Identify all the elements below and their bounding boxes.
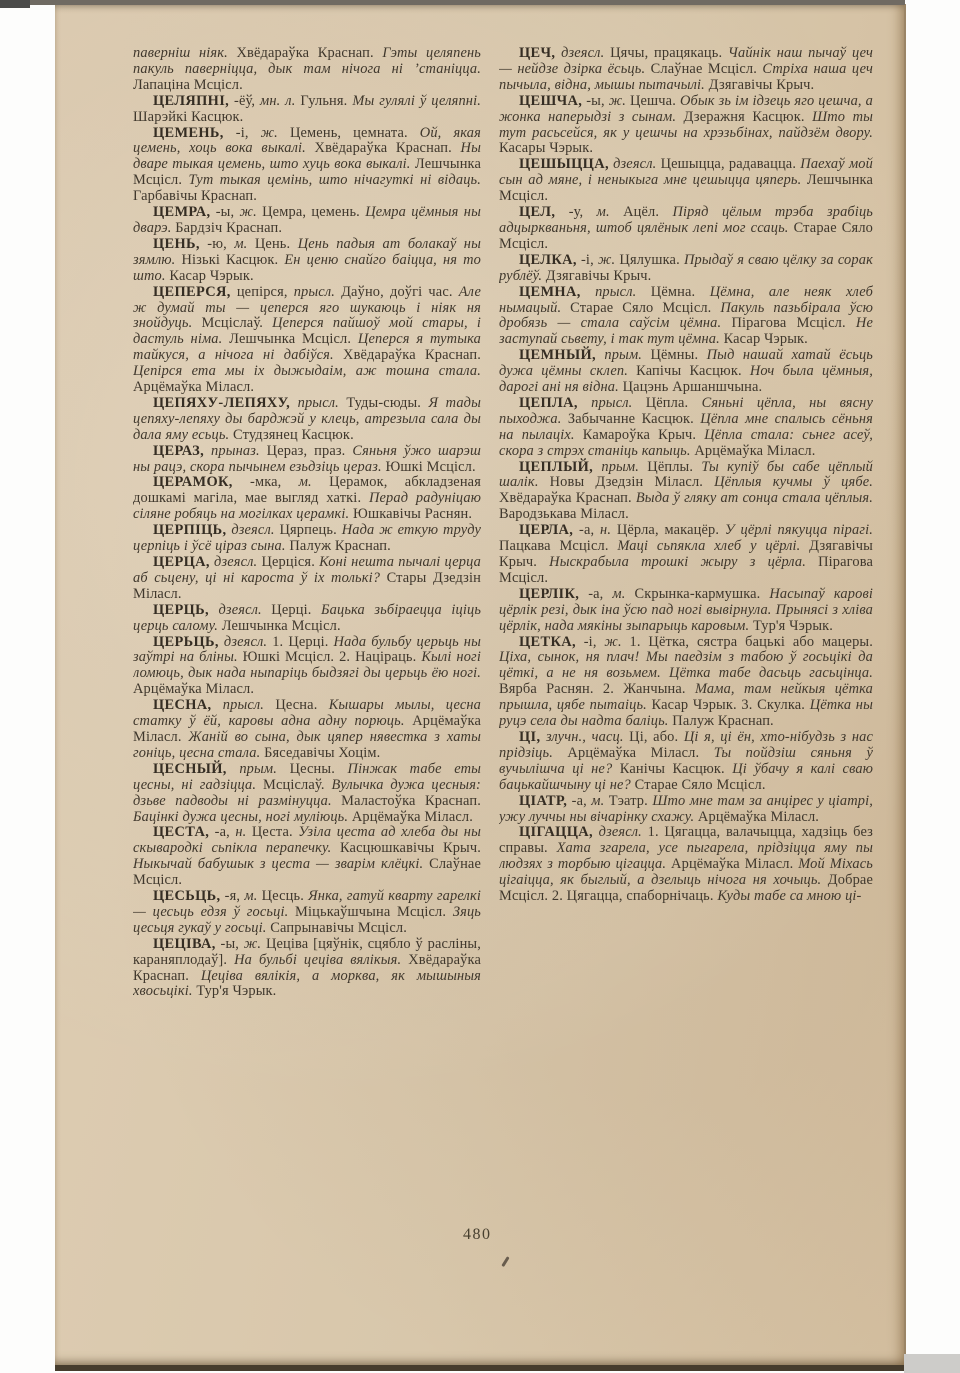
page-number: 480 [463, 1226, 492, 1244]
text-segment: -а, [579, 586, 612, 602]
text-segment: Юшкі Мсцісл. [382, 459, 476, 475]
dictionary-entry: ЦЕМНА, прысл. Цёмна. Цёмна, але неяк хле… [499, 285, 873, 349]
text-segment: Касар Чэрык. [720, 331, 808, 347]
text-segment: прысл. [211, 697, 264, 713]
right-column: ЦЕЧ, дзеясл. Цячы, працякаць. Чайнік наш… [499, 46, 873, 1222]
text-segment: Цёмны. [642, 347, 707, 363]
text-segment: Юшкавічы Раснян. [349, 506, 472, 522]
dictionary-entry: ЦЕЛ, -у, м. Ацёл. Піряд цёлым трэба зраб… [499, 205, 873, 253]
dictionary-entry: ЦІАТР, -а, м. Тэатр. Што мне там за анці… [499, 794, 873, 826]
text-segment: Міцькаўшчына Мсцісл. [288, 904, 452, 920]
text-segment: Хвёдараўка Краснап. [306, 140, 461, 156]
headword: ЦЕМНА, [519, 284, 581, 300]
text-segment: прыназ. [204, 443, 260, 459]
headword: ЦЕЛКА, [519, 252, 577, 268]
headword: ЦЕШЧА, [519, 93, 582, 109]
text-segment: Новы Дзедзін Міласл. [539, 474, 715, 490]
text-segment: ж. [261, 125, 278, 141]
ink-speck [501, 1256, 509, 1267]
text-segment: ж. [609, 93, 626, 109]
text-segment: Вародзькава Міласл. [499, 506, 629, 522]
dictionary-entry: ЦЕРЦА, дзеясл. Церціся. Коні нешта пычал… [133, 555, 481, 603]
dictionary-entry: ЦЕСТА, -а, н. Цеста. Узіла цеста ад хлеб… [133, 825, 481, 889]
headword: ЦЕРАМОК, [153, 474, 233, 490]
text-segment: м. [234, 236, 247, 252]
text-segment: Капічы Касцюк. [628, 363, 750, 379]
text-segment: -а, [573, 522, 600, 538]
text-segment: Цёмна. [636, 284, 709, 300]
text-segment: Арцёмаўка Міласл. [666, 856, 798, 872]
text-segment: Ныскрабыла трошкі жыру з цёрла. [549, 554, 806, 570]
text-segment: Цемень, цемната. [278, 125, 420, 141]
headword: ЦЕШЫЦЦА, [519, 156, 609, 172]
text-segment: Пірагова Мсцісл. [721, 315, 856, 331]
text-segment: Гульня. [295, 93, 352, 109]
text-segment: Бардзіч Краснап. [171, 220, 282, 236]
text-segment: Ныкычай бабушык з цеста — зварім клёцкі. [133, 856, 423, 872]
text-segment: Церці. [262, 602, 321, 618]
text-segment: Старае Сяло Мсцісл. [631, 777, 766, 793]
text-segment: Арцёмаўка Міласл. [348, 809, 473, 825]
text-segment: -і, [577, 252, 598, 268]
text-segment: Тур'я Чэрык. [749, 618, 833, 634]
headword: ЦЕПЕРСЯ, [153, 284, 231, 300]
dictionary-entry: ЦЕСЬЦЬ, -я, м. Цесць. Янка, гатуй кварту… [133, 889, 481, 937]
text-segment: Скрынка-кармушка. [626, 586, 770, 602]
text-segment: Цешча. [626, 93, 680, 109]
headword: ЦЕРЛА, [519, 522, 573, 538]
text-segment: Цацэнь Аршаншчына. [619, 379, 762, 395]
dictionary-entry: ЦЕМНЫЙ, прым. Цёмны. Пыд нашай хатай ёсь… [499, 348, 873, 396]
headword: ЦЕМЕНЬ, [153, 125, 224, 141]
dictionary-entry: ЦЕШЧА, -ы, ж. Цешча. Обык зь ім ідзець я… [499, 94, 873, 158]
text-segment: У цёрлі пякуцца пірагі. [725, 522, 873, 538]
text-segment: Маці сьпякла хлеб у цёрлі. [617, 538, 800, 554]
text-segment: ж. [604, 634, 621, 650]
text-segment: дзеясл. [609, 156, 656, 172]
text-segment: ж. [240, 204, 257, 220]
text-segment: дзеясл. [209, 602, 262, 618]
headword: ЦЕЦІВА, [153, 936, 216, 952]
text-segment: Цеста. [246, 824, 298, 840]
text-segment: прым. [227, 761, 277, 777]
headword: ЦЕСНА, [153, 697, 211, 713]
text-segment: Шарэйкі Касцюк. [133, 109, 243, 125]
dictionary-entry: ЦЕПЛЫЙ, прым. Цёплы. Ты купіў бы сабе цё… [499, 460, 873, 524]
text-segment: м. [299, 474, 312, 490]
headword: ЦЕРПІЦЬ, [153, 522, 226, 538]
text-segment: Касар Чэрык. [166, 268, 254, 284]
text-segment: Туды-сюды. [339, 395, 429, 411]
dictionary-entry: ЦЕРЛА, -а, н. Цёрла, макацёр. У цёрлі пя… [499, 523, 873, 587]
text-segment: Дзягавічы Крыч. [705, 77, 814, 93]
dictionary-entry: ЦЕМРА, -ы, ж. Цемра, цемень. Цемра цёмны… [133, 205, 481, 237]
text-segment: Цячы, працякаць. [604, 46, 728, 61]
text-segment: -і, [224, 125, 261, 141]
text-segment: Дзеражня Касцюк. [676, 109, 812, 125]
text-segment: -ю, [200, 236, 234, 252]
text-segment: м. [597, 204, 610, 220]
headword: ЦЕРЦЬ, [153, 602, 209, 618]
text-segment: паверніш ніяк. [133, 46, 228, 61]
text-segment: Юшкі Мсцісл. 2. Націраць. [238, 649, 422, 665]
text-segment: Хвёдараўка Краснап. [499, 490, 636, 506]
text-segment: Цешыцца, радавацца. [656, 156, 800, 172]
text-segment: Цесна. [264, 697, 329, 713]
text-segment: Выда ў гляку ат сонца стала цёплыя. [636, 490, 873, 506]
text-segment: Даўно, доўгі час. [335, 284, 459, 300]
headword: ЦЕПЛА, [519, 395, 578, 411]
text-segment: Тут тыкая цемінь, што нічагуткі ні відац… [188, 172, 481, 188]
text-segment: Палуж Краснап. [286, 538, 391, 554]
text-segment: Хвёдараўка Краснап. [228, 46, 382, 61]
text-segment: прысл. [578, 395, 633, 411]
text-segment: Арцёмаўка Міласл. [133, 379, 254, 395]
text-segment: Нізькі Касцюк. [175, 252, 284, 268]
text-segment: Студзянец Касцюк. [229, 427, 354, 443]
text-segment: Сапрынавічы Мсцісл. [267, 920, 407, 936]
text-segment: прым. [593, 459, 639, 475]
dictionary-entry: ЦЕСНА, прысл. Цесна. Кышары мылы, цесна … [133, 698, 481, 762]
text-segment: дзеясл. [226, 522, 274, 538]
headword: ЦЕНЬ, [153, 236, 200, 252]
text-segment: Касар Чэрык. 3. Скулка. [647, 697, 810, 713]
dictionary-entry: ЦЕРЦЬ, дзеясл. Церці. Бацька зьбіраецца … [133, 603, 481, 635]
text-segment: -ы, [210, 204, 239, 220]
text-segment: Касцюшкавічы Крыч. [331, 840, 481, 856]
text-segment: Цепірся ета мы іх дыжыдаім, аж тошна ста… [133, 363, 481, 379]
text-segment: Хвёдараўка Краснап. [334, 347, 481, 363]
dictionary-entry: ЦЕТКА, -і, ж. 1. Цётка, сястра бацькі аб… [499, 635, 873, 730]
text-segment: н. [600, 522, 611, 538]
text-segment: -ы, [582, 93, 608, 109]
headword: ЦЕРАЗ, [153, 443, 204, 459]
text-segment: Касары Чэрык. [499, 140, 593, 156]
text-segment: прым. [596, 347, 642, 363]
text-segment: Лапаціна Мсцісл. [133, 77, 243, 93]
dictionary-entry: ЦЕЛКА, -і, ж. Цялушка. Прыдаў я сваю цёл… [499, 253, 873, 285]
headword: ЦЕСЬЦЬ, [153, 888, 220, 904]
text-segment: Ці, або. [624, 729, 684, 745]
headword: ЦІ, [519, 729, 540, 745]
dictionary-entry: ЦЕРАМОК, -мка, м. Церамок, абкладзеная д… [133, 475, 481, 523]
text-segment: Канічы Касцюк. [612, 761, 732, 777]
text-segment: н. [235, 824, 246, 840]
text-segment: ж. [244, 936, 261, 952]
text-segment: На бульбі цеціва вялікыя. [234, 952, 401, 968]
text-segment: Ціха, сынок, ня плач! Мы паедзім з табою… [499, 649, 873, 681]
text-segment: -ы, [216, 936, 244, 952]
text-segment: Цемра, цемень. [257, 204, 365, 220]
text-segment: Пацкава Мсцісл. [499, 538, 617, 554]
text-segment: дзеясл. [219, 634, 267, 650]
dictionary-entry: ЦЕШЫЦЦА, дзеясл. Цешыцца, радавацца. Пае… [499, 157, 873, 205]
text-segment: Вярба Раснян. 2. Жанчына. [499, 681, 695, 697]
text-segment: Забычанне Касцюк. [561, 411, 700, 427]
text-segment: Цёплы. [639, 459, 701, 475]
dictionary-entry: ЦЕЛЯПНІ, -ёў, мн. л. Гульня. Мы гулялі ў… [133, 94, 481, 126]
text-segment: Арцёмаўка Міласл. [694, 809, 819, 825]
text-segment: Мы гулялі ў целяпні. [352, 93, 481, 109]
headword: ЦЕТКА, [519, 634, 576, 650]
headword: ЦЕРЬЦЬ, [153, 634, 219, 650]
headword: ЦЕПЛЫЙ, [519, 459, 593, 475]
text-segment: 1. Цётка, сястра бацькі або мацеры. [622, 634, 873, 650]
text-segment: Маластоўка Краснап. [332, 793, 481, 809]
dictionary-entry: ЦЕСНЫЙ, прым. Цесны. Пінжак табе еты цес… [133, 762, 481, 826]
text-segment: -мка, [233, 474, 299, 490]
text-segment: Тэатр. [604, 793, 652, 809]
left-column: паверніш ніяк. Хвёдараўка Краснап. Гэты … [133, 46, 481, 1182]
text-segment: дзеясл. [593, 824, 642, 840]
dictionary-entry: ЦЕЦІВА, -ы, ж. Цеціва [цяўнік, сцябло ў … [133, 937, 481, 1001]
text-segment: м. [612, 586, 625, 602]
dictionary-entry: ЦЕПЕРСЯ, цепірся, прысл. Даўно, доўгі ча… [133, 285, 481, 396]
headword: ЦЕРЛІК, [519, 586, 579, 602]
text-segment: дзеясл. [210, 554, 257, 570]
text-segment: -і, [576, 634, 604, 650]
text-segment: -ёў, [229, 93, 260, 109]
dictionary-entry: ЦІГАЦЦА, дзеясл. 1. Цягацца, валачыцца, … [499, 825, 873, 905]
text-segment: Тур'я Чэрык. [193, 983, 277, 999]
text-segment: прысл. [581, 284, 637, 300]
text-segment: Дзягавічы Крыч. [542, 268, 651, 284]
headword: ЦЕМНЫЙ, [519, 347, 596, 363]
text-segment: м. [591, 793, 604, 809]
text-segment: Лешчынка Мсцісл. [222, 331, 358, 347]
dictionary-entry: ЦЕНЬ, -ю, м. Цень. Цень падыя ат болакаў… [133, 237, 481, 285]
dictionary-entry: ЦЕРЛІК, -а, м. Скрынка-кармушка. Насыпаў… [499, 587, 873, 635]
scan-top-corner [0, 0, 30, 8]
text-segment: Камароўка Крыч. [575, 427, 705, 443]
text-segment: прысл. [294, 284, 335, 300]
dictionary-entry: ЦЕРПІЦЬ, дзеясл. Цярпець. Нада ж еткую т… [133, 523, 481, 555]
book-page: паверніш ніяк. Хвёдараўка Краснап. Гэты … [55, 4, 906, 1371]
text-segment: Ацёл. [610, 204, 673, 220]
text-segment: дзеясл. [555, 46, 604, 61]
text-segment: Бяседавічы Хоцім. [260, 745, 380, 761]
text-segment: Палуж Краснап. [669, 713, 774, 729]
text-segment: Цень. [247, 236, 297, 252]
text-segment: Лешчынка Мсцісл. [218, 618, 341, 634]
text-segment: Арцёмаўка Міласл. [133, 681, 254, 697]
text-segment: Цесны. [277, 761, 348, 777]
text-segment: мн. л. [260, 93, 295, 109]
headword: ЦЕЧ, [519, 46, 555, 61]
text-segment: Куды табе са мною ці- [717, 888, 861, 904]
scan-top-edge [0, 0, 905, 5]
text-segment: Мсціслаў. [192, 315, 272, 331]
text-segment: Церціся. [257, 554, 319, 570]
text-segment: цепірся, [231, 284, 294, 300]
headword: ЦЕСТА, [153, 824, 209, 840]
text-segment: Цёрла, макацёр. [611, 522, 725, 538]
dictionary-entry: ЦЕРАЗ, прыназ. Цераз, праз. Сяньня ўжо ш… [133, 444, 481, 476]
text-segment: прысл. [290, 395, 339, 411]
scan-bottom-shadow [904, 1354, 960, 1373]
headword: ЦІАТР, [519, 793, 567, 809]
text-segment: Цёплыя кучмы ў цябе. [714, 474, 873, 490]
dictionary-entry: ЦЕПЯХУ-ЛЕПЯХУ, прысл. Туды-сюды. Я тады … [133, 396, 481, 444]
text-segment: -а, [209, 824, 235, 840]
dictionary-entry: паверніш ніяк. Хвёдараўка Краснап. Гэты … [133, 46, 481, 94]
text-segment: Цялушка. [615, 252, 684, 268]
headword: ЦІГАЦЦА, [519, 824, 593, 840]
text-segment: злучн., часц. [540, 729, 623, 745]
text-segment: Цёпла. [632, 395, 701, 411]
text-segment: Цярпець. [275, 522, 342, 538]
dictionary-entry: ЦЕМЕНЬ, -і, ж. Цемень, цемната. Ой, якая… [133, 126, 481, 206]
text-segment: Мсціслаў. [256, 777, 331, 793]
text-segment: -я, [220, 888, 244, 904]
text-segment: Арцёмаўка Міласл. [691, 443, 816, 459]
headword: ЦЕПЯХУ-ЛЕПЯХУ, [153, 395, 290, 411]
text-segment: Бацінкі дужа цесны, ногі муліюць. [133, 809, 348, 825]
text-segment: ж. [598, 252, 615, 268]
text-segment: Слаўнае Мсцісл. [645, 61, 762, 77]
scanned-page-background: паверніш ніяк. Хвёдараўка Краснап. Гэты … [0, 0, 960, 1373]
dictionary-entry: ЦІ, злучн., часц. Ці, або. Ці я, ці ён, … [499, 730, 873, 794]
headword: ЦЕЛ, [519, 204, 555, 220]
headword: ЦЕСНЫЙ, [153, 761, 227, 777]
text-segment: Арцёмаўка Міласл. [553, 745, 714, 761]
headword: ЦЕЛЯПНІ, [153, 93, 229, 109]
text-segment: -у, [555, 204, 596, 220]
text-segment: м. [244, 888, 257, 904]
text-segment: -а, [567, 793, 591, 809]
dictionary-entry: ЦЕРЬЦЬ, дзеясл. 1. Церці. Нада бульбу це… [133, 635, 481, 699]
text-segment: Старае Сяло Мсцісл. [561, 300, 720, 316]
headword: ЦЕМРА, [153, 204, 210, 220]
text-segment: 1. Церці. [267, 634, 333, 650]
text-segment: Цесць. [257, 888, 308, 904]
text-segment: Гарбавічы Краснап. [133, 188, 257, 204]
dictionary-entry: ЦЕЧ, дзеясл. Цячы, працякаць. Чайнік наш… [499, 46, 873, 94]
text-segment: Цераз, праз. [260, 443, 353, 459]
headword: ЦЕРЦА, [153, 554, 210, 570]
dictionary-entry: ЦЕПЛА, прысл. Цёпла. Сяньні цёпла, ны вя… [499, 396, 873, 460]
